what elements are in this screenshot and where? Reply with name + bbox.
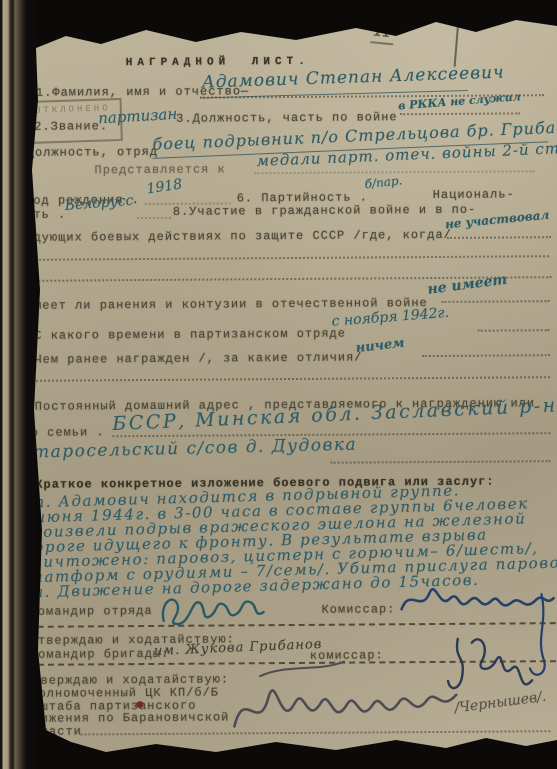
field8-label-part1: 8.Участие в гражданской войне и в по- — [173, 203, 477, 219]
field3-value: в РККА не служил — [398, 90, 521, 112]
field3-dotted-line — [400, 112, 520, 115]
book-spine-edge — [0, 0, 36, 769]
approve2-line4: движения по Барановичской — [24, 710, 229, 725]
field6-value: б/пар. — [364, 173, 403, 191]
document-title: НАГРАДНОЙ ЛИСТ. — [126, 56, 310, 69]
document-paper: II НАГРАДНОЙ ЛИСТ. 1.Фамилия, имя и отче… — [26, 10, 557, 755]
official-pencil-signature — [224, 645, 475, 747]
field2-value: партизан — [98, 105, 178, 128]
field11-label: 11.Чем ранее награжден /, за какие отлич… — [10, 351, 363, 367]
document-content: II НАГРАДНОЙ ЛИСТ. 1.Фамилия, имя и отче… — [23, 8, 557, 757]
commissar-label: Комиссар: — [322, 602, 396, 617]
presented-label: Представляется к — [94, 162, 225, 177]
scanned-award-document: { "page_marker": "II", "title": "НАГРАДН… — [0, 0, 557, 769]
field11-value: ничем — [355, 336, 405, 356]
dotted-row — [36, 376, 550, 382]
field9-dotted-line — [441, 300, 549, 303]
commander-label: Командир отряда — [30, 604, 153, 619]
pencil-stroke — [454, 17, 460, 67]
field10-dotted-line — [478, 329, 550, 332]
page-marker-pencil: II — [370, 16, 396, 45]
field2-label: 2.Звание. — [34, 119, 108, 134]
wax-spot — [136, 701, 143, 708]
field11-dotted-line — [422, 354, 550, 357]
approve1-line2: Командир бригады: — [30, 647, 170, 662]
field8-label-part2: следующих боевых действиях по защите ССС… — [9, 228, 452, 245]
field10-label: 10.С какого времени в партизанском отряд… — [10, 327, 346, 343]
dotted-row — [35, 255, 549, 261]
field8-dotted-line — [447, 236, 551, 239]
field12-dotted-line2 — [331, 460, 551, 464]
field7-dotted-line — [137, 217, 171, 219]
field5-value: 1918 — [146, 176, 184, 197]
field9-value: не имеет — [427, 272, 509, 298]
field7-label-part1: Националь- — [433, 187, 515, 202]
field3-label: 3.Должность, часть по войне — [176, 110, 398, 126]
